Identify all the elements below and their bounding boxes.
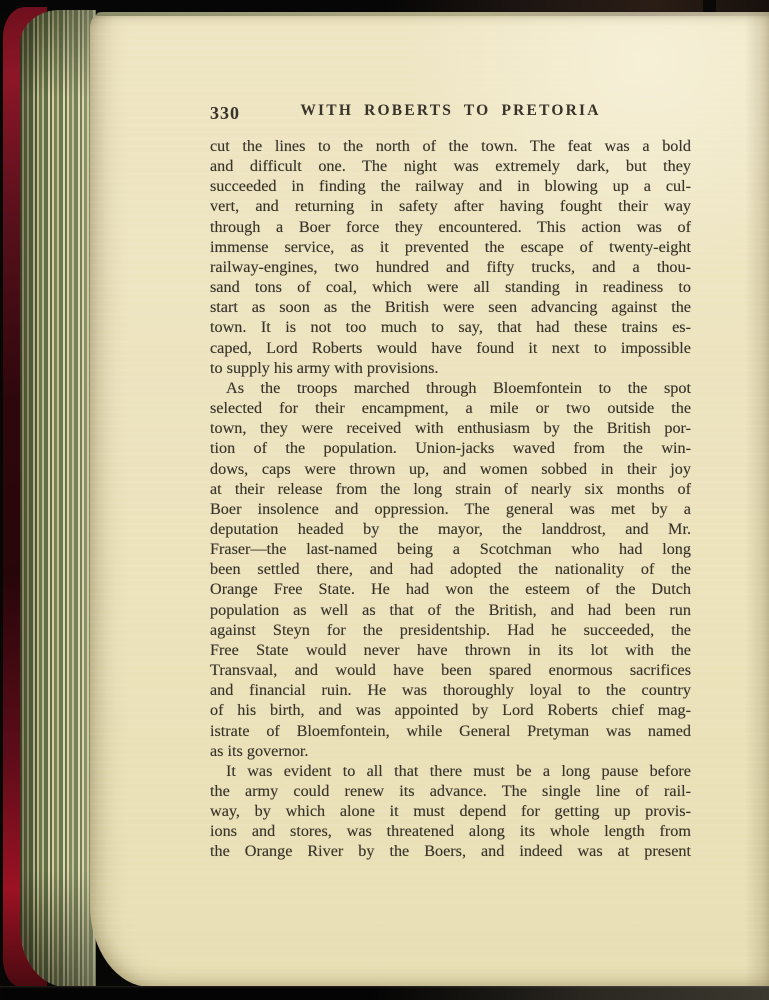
page-number: 330 [210,103,240,124]
text-line: town. It is not too much to say, that ha… [210,317,691,337]
text-line: and financial ruin. He was thoroughly lo… [210,680,691,700]
table-surface-strip [0,986,769,1000]
text-line: tion of the population. Union-jacks wave… [210,438,691,458]
text-line: immense service, as it prevented the esc… [210,237,691,257]
page-edges-shading [20,10,96,987]
page-text-block: 330 WITH ROBERTS TO PRETORIA cut the lin… [210,102,691,862]
text-line: and difficult one. The night was extreme… [210,156,691,176]
text-line: at their release from the long strain of… [210,479,691,499]
text-line: as its governor. [210,741,691,761]
text-line: start as soon as the British were seen a… [210,297,691,317]
text-line: been settled there, and had adopted the … [210,559,691,579]
text-line: cut the lines to the north of the town. … [210,136,691,156]
text-line: of his birth, and was appointed by Lord … [210,700,691,720]
book-photo-scene: 330 WITH ROBERTS TO PRETORIA cut the lin… [0,0,769,1000]
text-line: deputation headed by the mayor, the land… [210,519,691,539]
text-line: caped, Lord Roberts would have found it … [210,338,691,358]
text-line: against Steyn for the presidentship. Had… [210,620,691,640]
text-line: population as well as that of the Britis… [210,600,691,620]
text-line: succeeded in finding the railway and in … [210,176,691,196]
text-line: dows, caps were thrown up, and women sob… [210,459,691,479]
text-line: Fraser—the last-named being a Scotchman … [210,539,691,559]
text-line: ions and stores, was threatened along it… [210,821,691,841]
text-line: Orange Free State. He had won the esteem… [210,579,691,599]
text-line: It was evident to all that there must be… [210,761,691,781]
text-line: town, they were received with enthusiasm… [210,418,691,438]
text-line: to supply his army with provisions. [210,358,691,378]
text-line: the army could renew its advance. The si… [210,781,691,801]
page-body-text: cut the lines to the north of the town. … [210,136,691,862]
text-line: As the troops marched through Bloemfonte… [210,378,691,398]
text-line: selected for their encampment, a mile or… [210,398,691,418]
text-line: way, by which alone it must depend for g… [210,801,691,821]
page-header: 330 WITH ROBERTS TO PRETORIA [210,102,691,123]
running-title: WITH ROBERTS TO PRETORIA [210,102,691,120]
page-edges-stack [20,10,96,987]
text-line: vert, and returning in safety after havi… [210,196,691,216]
text-line: Boer insolence and oppression. The gener… [210,499,691,519]
text-line: sand tons of coal, which were all standi… [210,277,691,297]
text-line: istrate of Bloemfontein, while General P… [210,721,691,741]
text-line: railway-engines, two hundred and fifty t… [210,257,691,277]
text-line: Transvaal, and would have been spared en… [210,660,691,680]
text-line: the Orange River by the Boers, and indee… [210,841,691,861]
text-line: through a Boer force they encountered. T… [210,217,691,237]
text-line: Free State would never have thrown in it… [210,640,691,660]
